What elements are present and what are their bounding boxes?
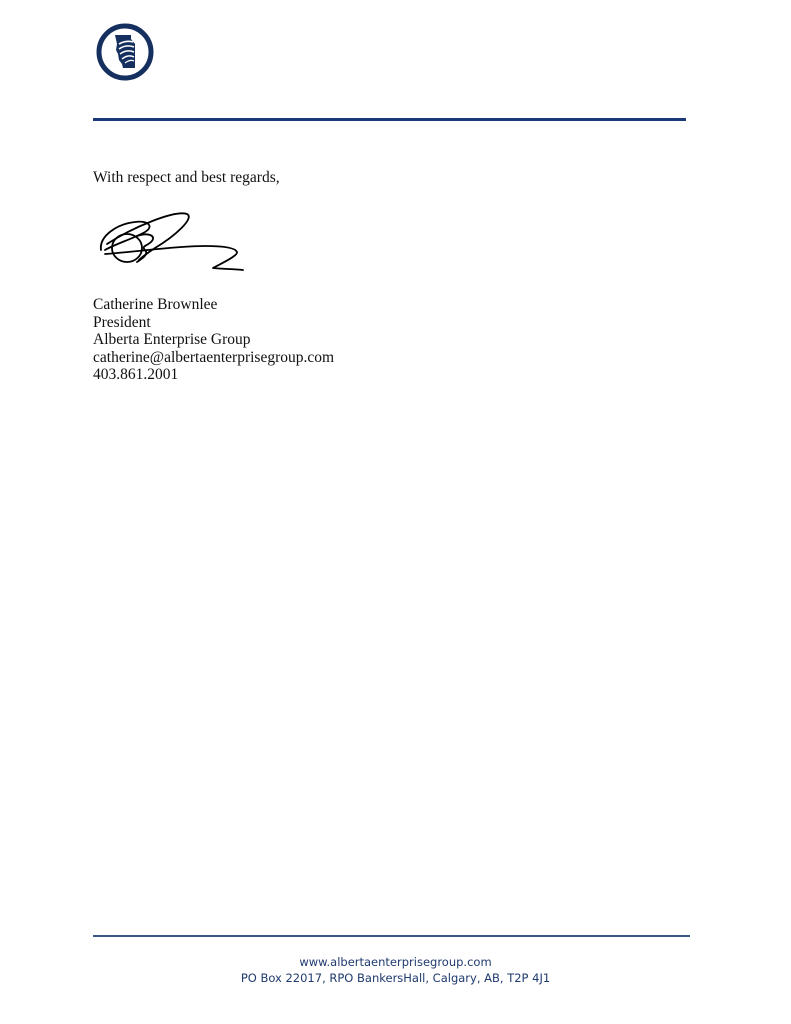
company-logo-icon: [95, 22, 155, 82]
footer-divider: [93, 935, 690, 937]
closing-salutation: With respect and best regards,: [93, 169, 280, 187]
signer-email-link[interactable]: catherine@albertaenterprisegroup.com: [93, 349, 334, 367]
signer-title: President: [93, 314, 334, 332]
footer: www.albertaenterprisegroup.com PO Box 22…: [0, 954, 791, 986]
signer-organization: Alberta Enterprise Group: [93, 331, 334, 349]
footer-address: PO Box 22017, RPO BankersHall, Calgary, …: [0, 970, 791, 986]
signer-name: Catherine Brownlee: [93, 296, 334, 314]
signer-phone: 403.861.2001: [93, 366, 334, 384]
footer-website-link[interactable]: www.albertaenterprisegroup.com: [0, 954, 791, 970]
signature-image: [95, 206, 255, 278]
header-divider: [93, 118, 686, 121]
signer-details: Catherine Brownlee President Alberta Ent…: [93, 296, 334, 384]
